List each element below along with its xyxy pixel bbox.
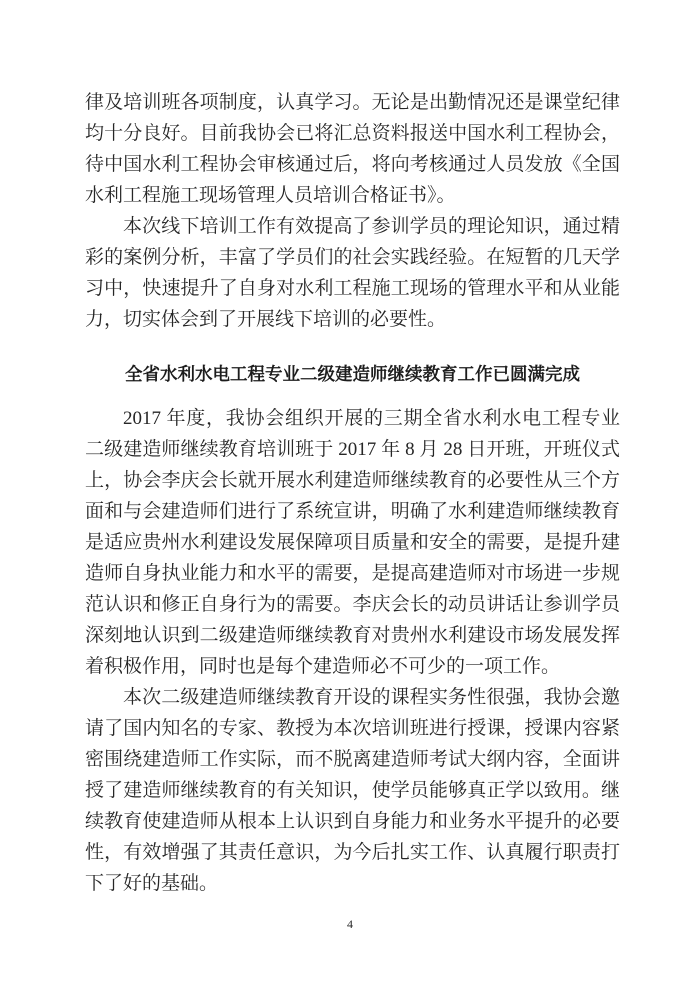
page-number: 4 <box>0 917 700 932</box>
document-body: 律及培训班各项制度，认真学习。无论是出勤情况还是课堂纪律均十分良好。目前我协会已… <box>85 87 620 899</box>
paragraph-course-content: 本次二级建造师继续教育开设的课程实务性很强，我协会邀请了国内知名的专家、教授为本… <box>85 682 620 899</box>
document-page: 律及培训班各项制度，认真学习。无论是出勤情况还是课堂纪律均十分良好。目前我协会已… <box>0 0 700 989</box>
paragraph-offline-training-summary: 本次线下培训工作有效提高了参训学员的理论知识，通过精彩的案例分析，丰富了学员们的… <box>85 211 620 335</box>
section-heading-continuing-education: 全省水利水电工程专业二级建造师继续教育工作已圆满完成 <box>85 359 620 390</box>
paragraph-training-discipline: 律及培训班各项制度，认真学习。无论是出勤情况还是课堂纪律均十分良好。目前我协会已… <box>85 87 620 211</box>
paragraph-2017-training-opening: 2017 年度，我协会组织开展的三期全省水利水电工程专业二级建造师继续教育培训班… <box>85 403 620 682</box>
